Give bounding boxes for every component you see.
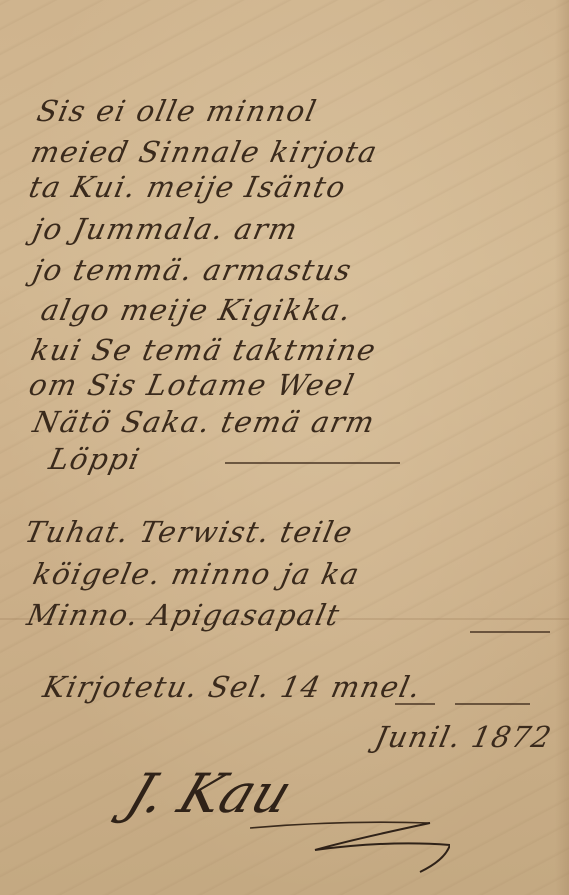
signature-flourish xyxy=(250,820,450,890)
day-underline xyxy=(395,703,435,705)
closing-dash xyxy=(225,462,400,464)
greeting-line-1: Tuhat. Terwist. teile xyxy=(22,515,357,549)
signature: J. Kau xyxy=(119,762,301,825)
body-line-1: Sis ei olle minnol xyxy=(34,94,320,128)
body-line-4: jo Jummala. arm xyxy=(30,212,302,246)
greeting-trailing-stroke xyxy=(470,631,550,633)
body-line-5: jo temmä. armastus xyxy=(30,253,355,287)
dateline-2: Junil. 1872 xyxy=(372,720,556,754)
body-line-3: ta Kui. meije Isänto xyxy=(26,170,350,204)
body-line-10: Löppi xyxy=(46,442,144,476)
body-line-8: om Sis Lotame Weel xyxy=(26,368,358,402)
month-underline xyxy=(455,703,530,705)
body-line-2: meied Sinnale kirjota xyxy=(28,135,381,169)
greeting-line-3: Minno. Apigasapalt xyxy=(24,598,344,632)
body-line-9: Nätö Saka. temä arm xyxy=(30,405,379,439)
letter-page: Sis ei olle minnol meied Sinnale kirjota… xyxy=(0,0,569,895)
dateline-1: Kirjotetu. Sel. 14 mnel. xyxy=(40,670,425,704)
paper-edge-shadow xyxy=(555,0,569,895)
body-line-7: kui Se temä taktmine xyxy=(28,333,380,367)
greeting-line-2: köigele. minno ja ka xyxy=(30,557,363,591)
body-line-6: algo meije Kigikka. xyxy=(38,293,355,327)
